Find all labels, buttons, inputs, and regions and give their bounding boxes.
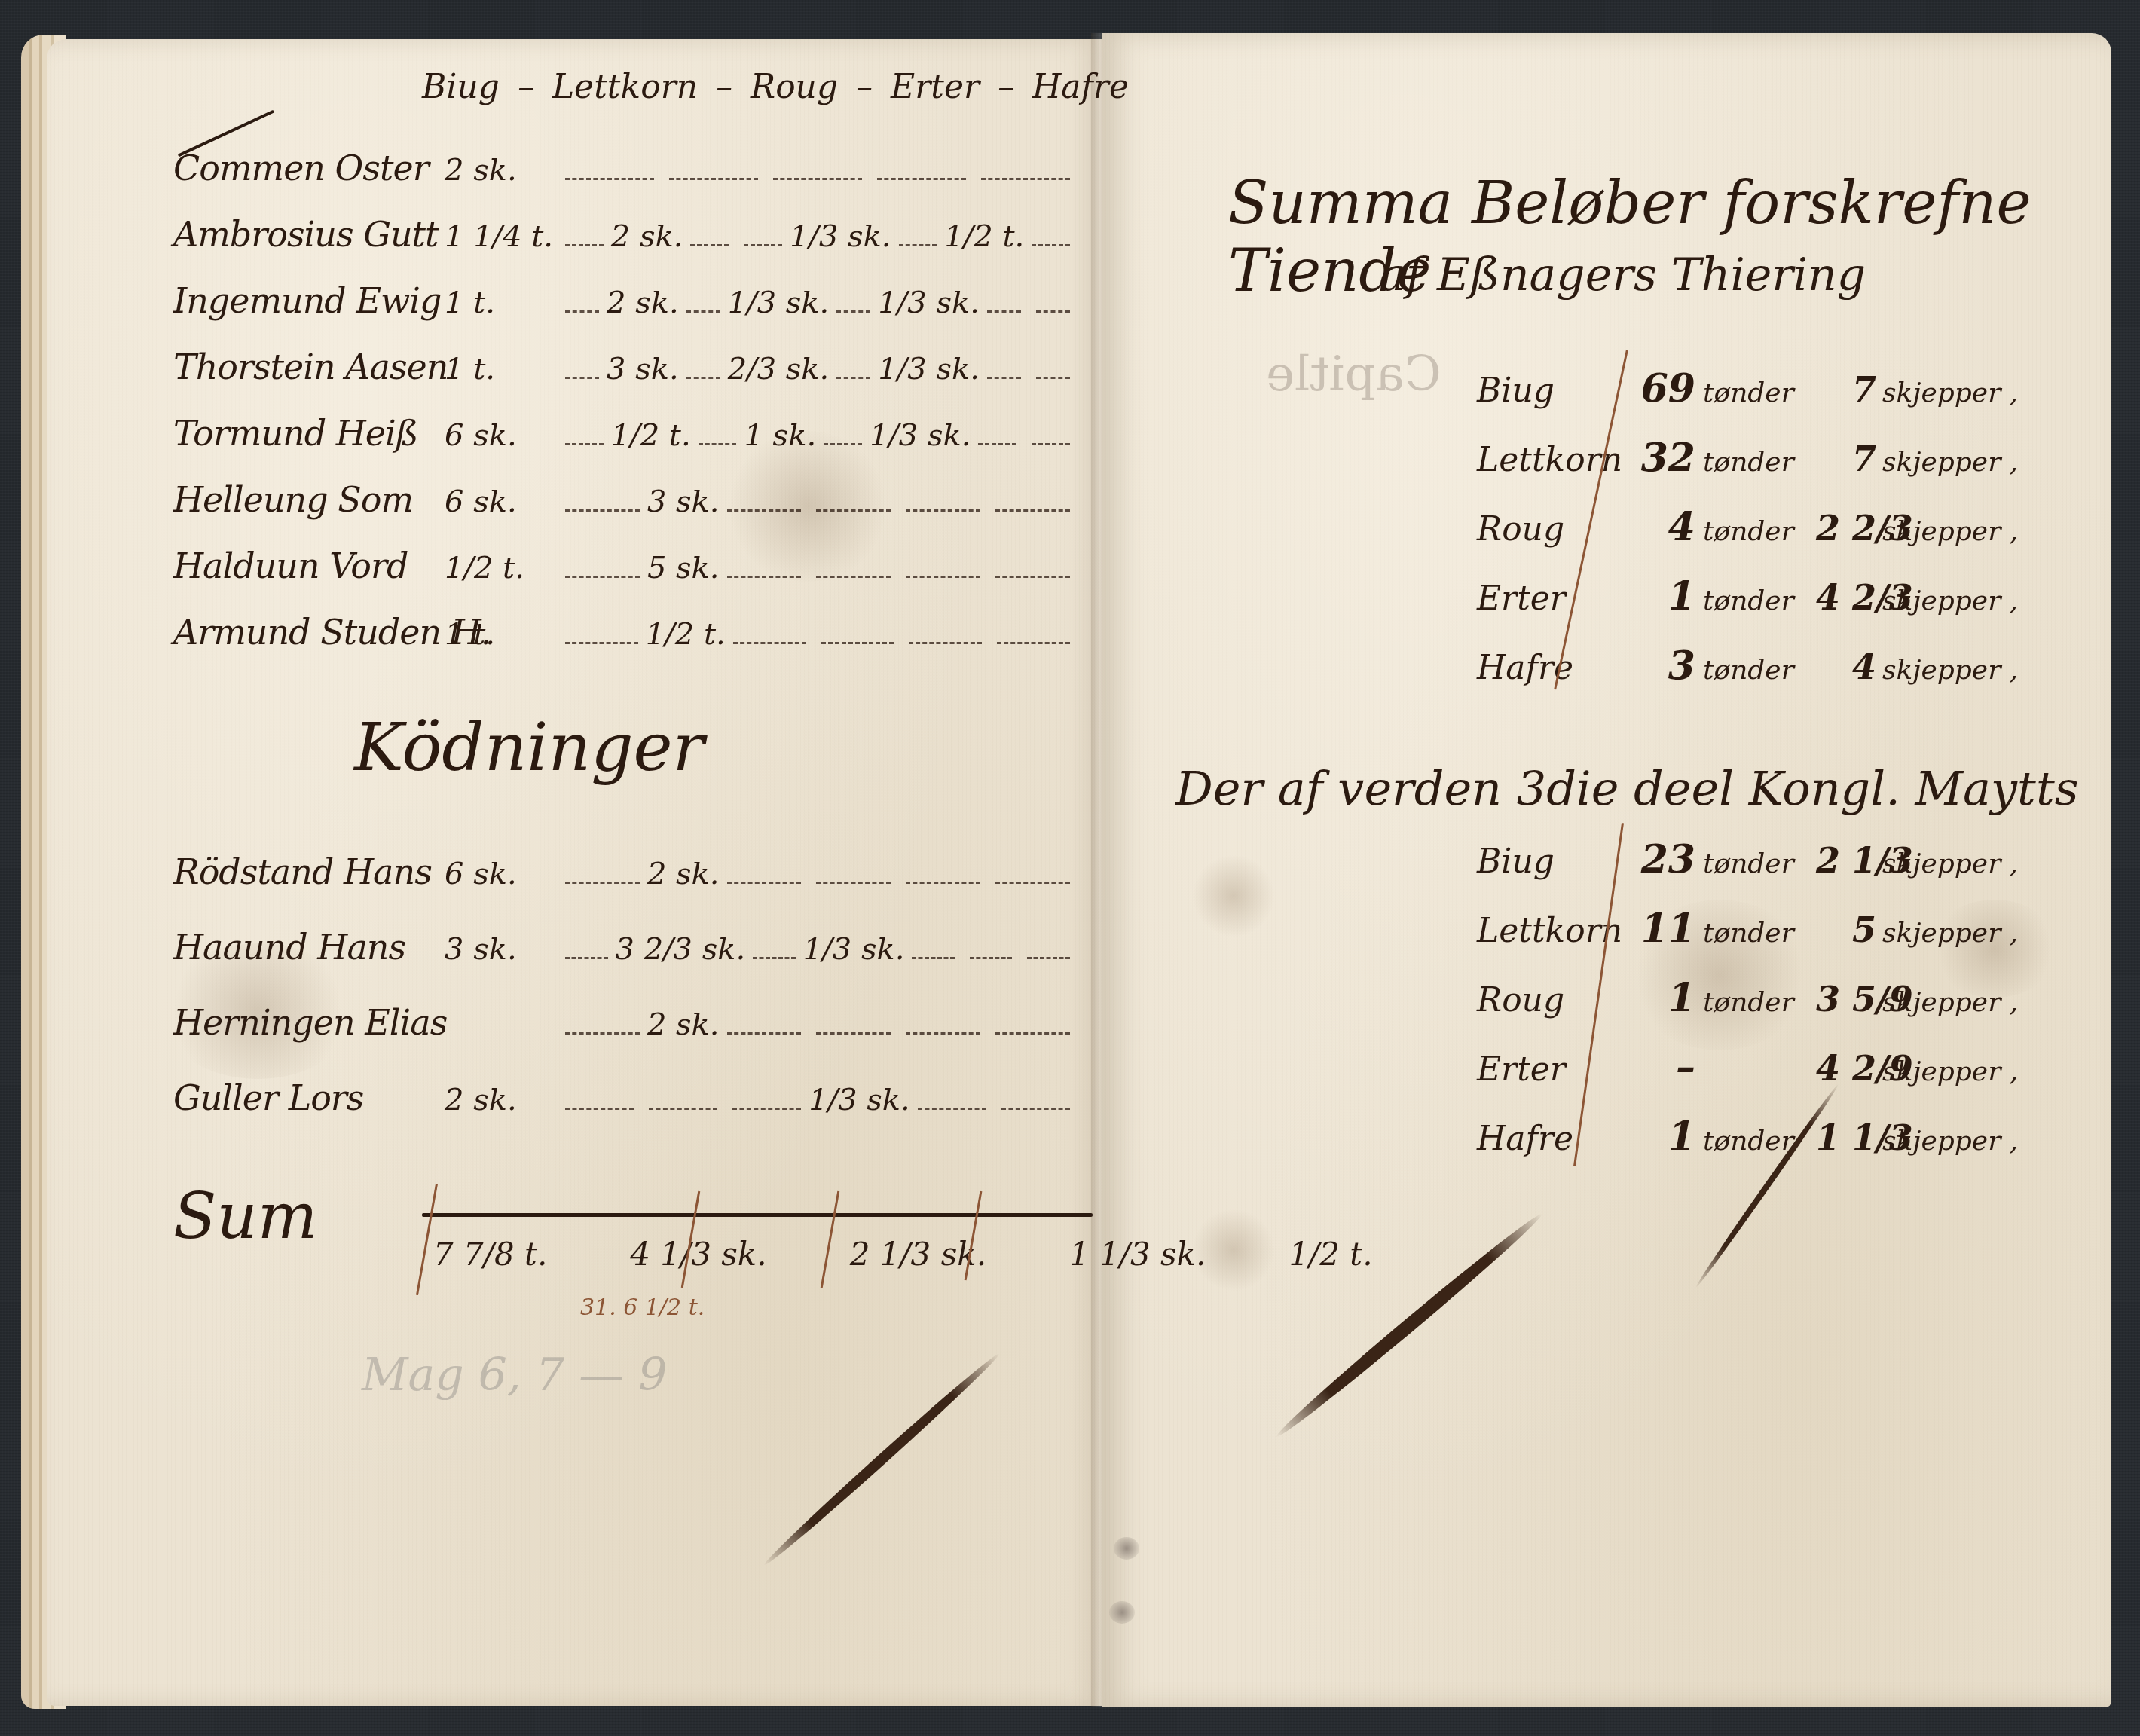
leader-dash [744, 244, 782, 246]
ledger-row: Haaund Hans3 sk.3 2/3 sk.1/3 sk. [173, 927, 1078, 967]
sum-label: Sum [173, 1179, 317, 1253]
grain-label: Lettkorn [1477, 912, 1605, 950]
unit-label: skjepper , [1876, 516, 2018, 547]
sum-value: 7 7/8 t. [433, 1236, 547, 1273]
grain-amount: 6 sk. [445, 484, 558, 519]
unit-label: tønder [1695, 987, 1816, 1018]
leader-dash [1001, 1108, 1070, 1110]
payer-name: Ambrosius Gutt [173, 214, 445, 255]
grain-label: Hafre [1477, 649, 1605, 687]
grain-amount: 1 t. [445, 617, 558, 652]
payer-name: Tormund Heiß [173, 413, 445, 454]
grain-amount: 2 sk. [445, 153, 558, 188]
ledger-row: Tormund Heiß6 sk.1/2 t.1 sk.1/3 sk. [173, 413, 1078, 454]
grain-amount: 2 sk. [611, 219, 683, 254]
section-title: Ködninger [354, 708, 705, 786]
grain-amount: 1/3 sk. [878, 286, 980, 320]
leader-dash [995, 509, 1070, 512]
leader-dash [1032, 244, 1070, 246]
payer-name: Guller Lors [173, 1077, 445, 1118]
leader-dash [733, 642, 806, 644]
summary-row: Erter–4 2/9skjepper , [1477, 1044, 2018, 1090]
payer-name: Helleung Som [173, 479, 445, 520]
grain-label: Roug [1477, 981, 1605, 1019]
skjepper-qty: 3 5/9 [1816, 979, 1876, 1019]
leader-dash [669, 178, 758, 180]
grain-label: Lettkorn [1477, 441, 1605, 479]
leader-dash [690, 244, 729, 246]
unit-label: skjepper , [1876, 655, 2018, 686]
leader-dash [732, 1108, 801, 1110]
leader-dash [912, 957, 955, 959]
ledger-row: Rödstand Hans6 sk.2 sk. [173, 851, 1078, 892]
unit-label: skjepper , [1876, 585, 2018, 616]
unit-label: skjepper , [1876, 447, 2018, 478]
ledger-row: Armund Studen H.1 t.1/2 t. [173, 612, 1078, 653]
sum-row: 7 7/8 t.4 1/3 sk.2 1/3 sk.1 1/3 sk.1/2 t… [433, 1236, 1456, 1273]
summary-row: Lettkorn11tønder5skjepper , [1477, 906, 2018, 952]
grain-label: Biug [1477, 842, 1605, 881]
grain-amount: 3 sk. [607, 352, 679, 387]
leader-dash [821, 642, 894, 644]
leader-dash [565, 576, 640, 578]
leader-dash [877, 178, 966, 180]
tonder-qty: 1 [1605, 573, 1695, 619]
payer-name: Armund Studen H. [173, 612, 445, 653]
leader-dash [565, 443, 604, 445]
payer-name: Herningen Elias [173, 1002, 445, 1043]
leader-dash [699, 443, 737, 445]
unit-label: skjepper , [1876, 848, 2018, 879]
skjepper-qty: 1 1/3 [1816, 1117, 1876, 1158]
grain-label: Hafre [1477, 1120, 1605, 1158]
leader-dash [824, 443, 862, 445]
leader-dash [816, 882, 891, 884]
leader-dash [995, 576, 1070, 578]
leader-dash [686, 310, 720, 313]
grain-label: Erter [1477, 579, 1605, 618]
payer-name: Halduun Vord [173, 546, 445, 586]
column-header-line: Biug – Lettkorn – Roug – Erter – Hafre [422, 68, 1129, 106]
grain-amount: 1 1/4 t. [445, 219, 558, 254]
tonder-qty: 3 [1605, 643, 1695, 689]
skjepper-qty: 2 1/3 [1816, 840, 1876, 881]
leader-dash [686, 377, 720, 379]
summary-subtitle: af Eßnagers Thiering [1379, 249, 1866, 301]
crown-share-title: Der af verden 3die deel Kongl. Maytts [1175, 761, 2079, 816]
skjepper-qty: 5 [1816, 909, 1876, 950]
ledger-row: Herningen Elias2 sk. [173, 1002, 1078, 1043]
leader-dash [978, 443, 1016, 445]
skjepper-qty: 7 [1816, 439, 1876, 479]
grain-amount: 6 sk. [445, 418, 558, 453]
leader-dash [565, 310, 599, 313]
grain-amount: 1/3 sk. [870, 418, 971, 453]
summary-row: Biug69tønder7skjepper , [1477, 365, 2018, 411]
leader-dash [981, 178, 1070, 180]
tonder-qty: 4 [1605, 504, 1695, 550]
leader-dash [1036, 310, 1070, 313]
grain-amount: 1/3 sk. [809, 1083, 910, 1117]
leader-dash [773, 178, 862, 180]
unit-label: tønder [1695, 848, 1816, 879]
leader-dash [995, 882, 1070, 884]
leader-dash [906, 576, 980, 578]
leader-dash [649, 1108, 717, 1110]
leader-dash [816, 1032, 891, 1035]
water-stain [1192, 854, 1275, 937]
leader-dash [987, 310, 1021, 313]
payer-name: Rödstand Hans [173, 851, 445, 892]
grain-amount: 1/3 sk. [790, 219, 891, 254]
grain-amount: 1/3 sk. [878, 352, 980, 387]
grain-amount: 1/3 sk. [728, 286, 830, 320]
leader-dash [565, 1108, 634, 1110]
sum-value: 1/2 t. [1289, 1236, 1372, 1273]
margin-note: 31. 6 1/2 t. [580, 1294, 705, 1321]
grain-label: Biug [1477, 371, 1605, 410]
grain-amount: 1 t. [445, 352, 558, 387]
grain-amount: 1 t. [445, 286, 558, 320]
leader-dash [565, 882, 640, 884]
leader-dash [906, 1032, 980, 1035]
leader-dash [836, 310, 870, 313]
leader-dash [565, 1032, 640, 1035]
grain-amount: 3 2/3 sk. [616, 932, 746, 967]
leader-dash [565, 178, 654, 180]
grain-amount: 3 sk. [647, 484, 720, 519]
skjepper-qty: 4 [1816, 646, 1876, 687]
summary-row: Roug4tønder2 2/3skjepper , [1477, 504, 2018, 550]
summary-row: Erter1tønder4 2/3skjepper , [1477, 573, 2018, 619]
leader-dash [970, 957, 1013, 959]
grain-amount: 2 sk. [607, 286, 679, 320]
grain-amount: 2/3 sk. [728, 352, 830, 387]
ledger-row: Helleung Som6 sk.3 sk. [173, 479, 1078, 520]
payer-name: Ingemund Ewig [173, 280, 445, 321]
unit-label: tønder [1695, 655, 1816, 686]
leader-dash [836, 377, 870, 379]
leader-dash [987, 377, 1021, 379]
sum-value: 4 1/3 sk. [630, 1236, 766, 1273]
leader-dash [727, 576, 802, 578]
unit-label: tønder [1695, 447, 1816, 478]
unit-label: skjepper , [1876, 987, 2018, 1018]
leader-dash [1036, 377, 1070, 379]
grain-amount: 3 sk. [445, 932, 558, 967]
leader-dash [816, 576, 891, 578]
skjepper-qty: 4 2/3 [1816, 577, 1876, 618]
ledger-row: Commen Oster2 sk. [173, 148, 1078, 188]
bleed-through-text: Capitle [1266, 347, 1441, 402]
leader-dash [995, 1032, 1070, 1035]
leader-dash [899, 244, 937, 246]
leader-dash [565, 509, 640, 512]
leader-dash [727, 882, 802, 884]
pencil-marks: Mag 6, 7 — 9 [362, 1349, 668, 1401]
grain-amount: 2 sk. [647, 1007, 720, 1042]
binding-hole [1109, 1601, 1135, 1624]
payer-name: Haaund Hans [173, 927, 445, 967]
sum-rule [422, 1213, 1093, 1217]
grain-amount: 5 sk. [647, 551, 720, 585]
leader-dash [565, 642, 638, 644]
leader-dash [565, 377, 599, 379]
grain-amount: 1/2 t. [445, 551, 558, 585]
summary-row: Roug1tønder3 5/9skjepper , [1477, 975, 2018, 1021]
leader-dash [1032, 443, 1070, 445]
unit-label: tønder [1695, 377, 1816, 408]
grain-amount: 1/2 t. [611, 418, 691, 453]
unit-label: skjepper , [1876, 1126, 2018, 1157]
leader-dash [906, 509, 980, 512]
skjepper-qty: 2 2/3 [1816, 508, 1876, 549]
grain-amount: 1 sk. [744, 418, 816, 453]
tonder-qty: – [1605, 1044, 1695, 1090]
leader-dash [816, 509, 891, 512]
unit-label: tønder [1695, 516, 1816, 547]
unit-label: tønder [1695, 585, 1816, 616]
grain-amount: 1/2 t. [944, 219, 1024, 254]
grain-amount: 2 sk. [647, 857, 720, 891]
grain-amount: 2 sk. [445, 1083, 558, 1117]
ledger-row: Guller Lors2 sk.1/3 sk. [173, 1077, 1078, 1118]
summary-row: Biug23tønder2 1/3skjepper , [1477, 836, 2018, 882]
ledger-row: Ambrosius Gutt1 1/4 t.2 sk.1/3 sk.1/2 t. [173, 214, 1078, 255]
sum-value: 1 1/3 sk. [1069, 1236, 1206, 1273]
tonder-qty: 32 [1605, 435, 1695, 481]
leader-dash [906, 882, 980, 884]
ledger-row: Ingemund Ewig1 t.2 sk.1/3 sk.1/3 sk. [173, 280, 1078, 321]
tonder-qty: 11 [1605, 906, 1695, 952]
binding-hole [1114, 1537, 1139, 1560]
summary-row: Hafre1tønder1 1/3skjepper , [1477, 1114, 2018, 1160]
leader-dash [727, 1032, 802, 1035]
grain-amount: 1/3 sk. [803, 932, 905, 967]
leader-dash [565, 957, 608, 959]
skjepper-qty: 4 2/9 [1816, 1048, 1876, 1089]
leader-dash [909, 642, 982, 644]
leader-dash [727, 509, 802, 512]
grain-amount: 6 sk. [445, 857, 558, 891]
leader-dash [753, 957, 796, 959]
leader-dash [1027, 957, 1070, 959]
leader-dash [997, 642, 1070, 644]
unit-label: skjepper , [1876, 918, 2018, 949]
tonder-qty: 1 [1605, 975, 1695, 1021]
payer-name: Commen Oster [173, 148, 445, 188]
skjepper-qty: 7 [1816, 369, 1876, 410]
leader-dash [918, 1108, 986, 1110]
payer-name: Thorstein Aasen [173, 347, 445, 387]
tonder-qty: 1 [1605, 1114, 1695, 1160]
unit-label: skjepper , [1876, 1056, 2018, 1087]
leader-dash [565, 244, 604, 246]
summary-row: Lettkorn32tønder7skjepper , [1477, 435, 2018, 481]
grain-amount: 1/2 t. [646, 617, 726, 652]
ledger-row: Halduun Vord1/2 t.5 sk. [173, 546, 1078, 586]
ledger-row: Thorstein Aasen1 t.3 sk.2/3 sk.1/3 sk. [173, 347, 1078, 387]
unit-label: skjepper , [1876, 377, 2018, 408]
unit-label: tønder [1695, 918, 1816, 949]
